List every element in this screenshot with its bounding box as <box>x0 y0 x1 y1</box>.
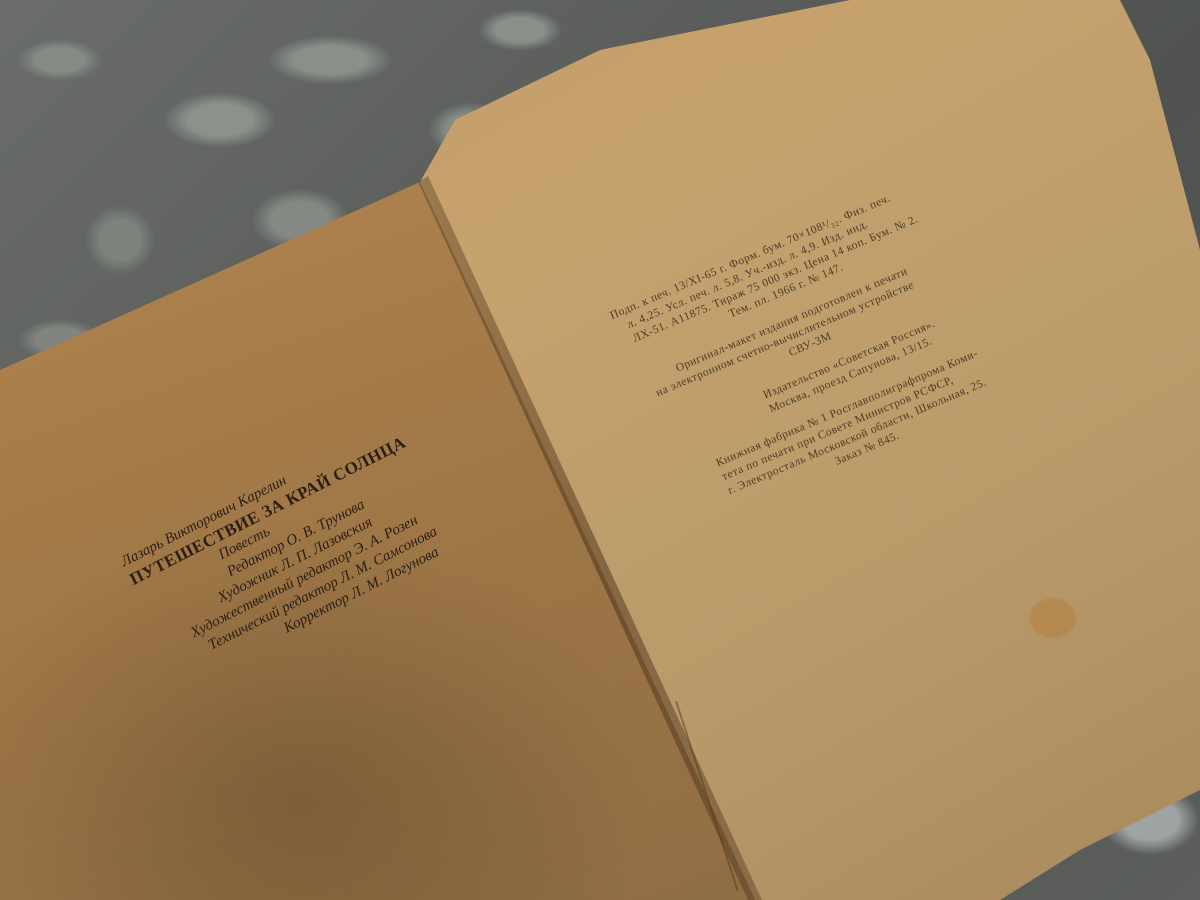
paper-stain <box>1030 598 1076 638</box>
